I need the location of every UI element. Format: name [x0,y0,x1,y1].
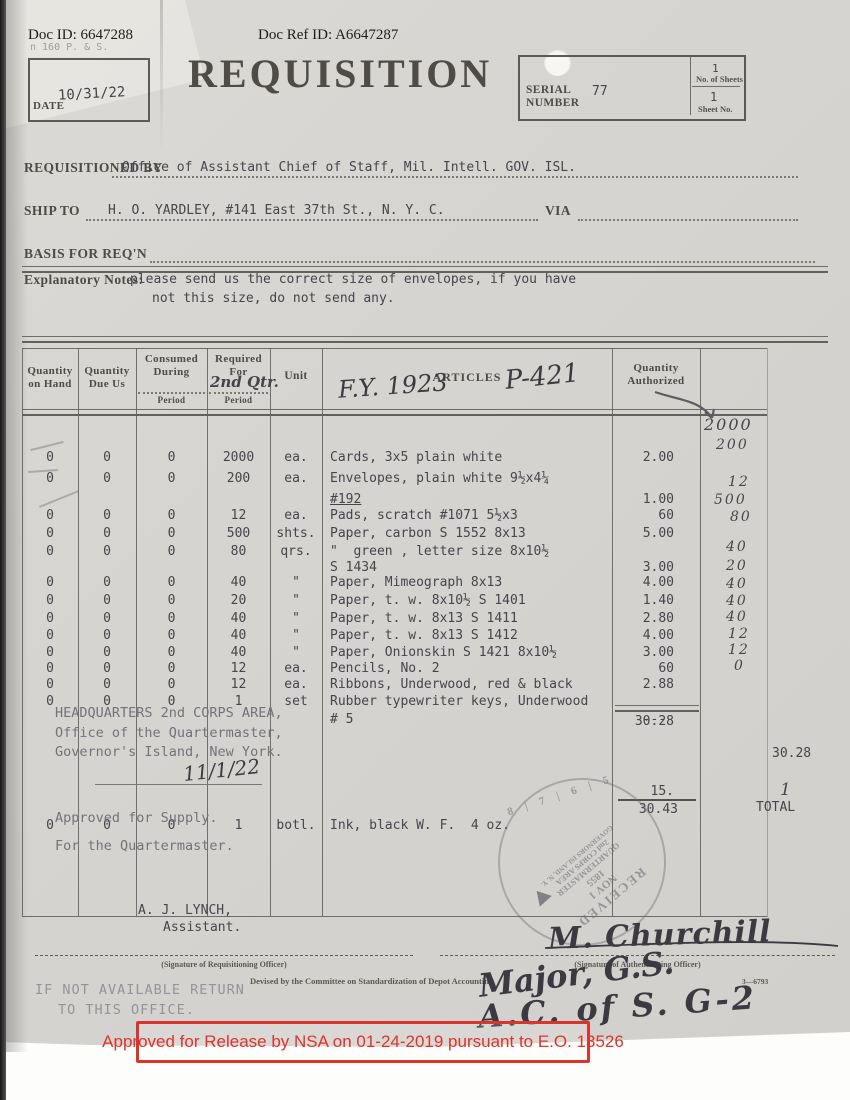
signature-flourish [545,942,838,948]
requisition-scan-page: Doc ID: 6647288 Doc Ref ID: A6647287 n 1… [0,0,850,1100]
authorized-arrow [655,392,712,418]
annotation-overlay [0,0,850,1100]
